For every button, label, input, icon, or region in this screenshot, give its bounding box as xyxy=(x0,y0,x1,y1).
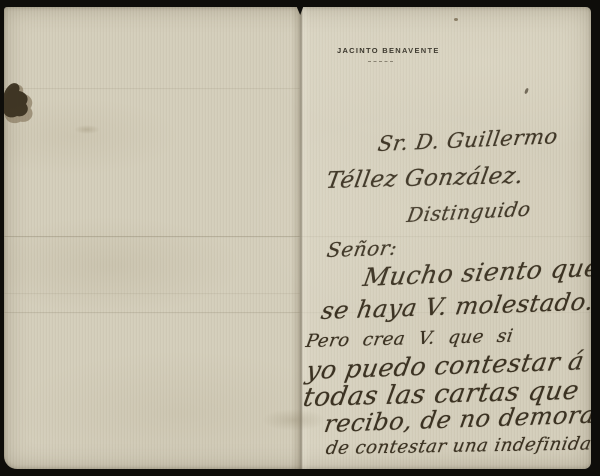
handwriting-line: Téllez González. xyxy=(324,163,525,194)
letterhead-flourish xyxy=(368,61,393,62)
horizontal-crease xyxy=(4,236,300,238)
horizontal-crease xyxy=(4,293,300,295)
ink-stain xyxy=(4,82,37,124)
horizontal-crease xyxy=(4,88,300,90)
letter-paper: JACINTO BENAVENTE Sr. D. Guillermo Télle… xyxy=(4,7,591,469)
photo-background: JACINTO BENAVENTE Sr. D. Guillermo Télle… xyxy=(0,0,600,476)
letterhead-name: JACINTO BENAVENTE xyxy=(337,46,440,55)
paper-smudge xyxy=(74,125,100,134)
ink-speck xyxy=(454,18,458,21)
handwriting-line: Señor: xyxy=(325,236,399,262)
horizontal-crease xyxy=(4,312,300,314)
